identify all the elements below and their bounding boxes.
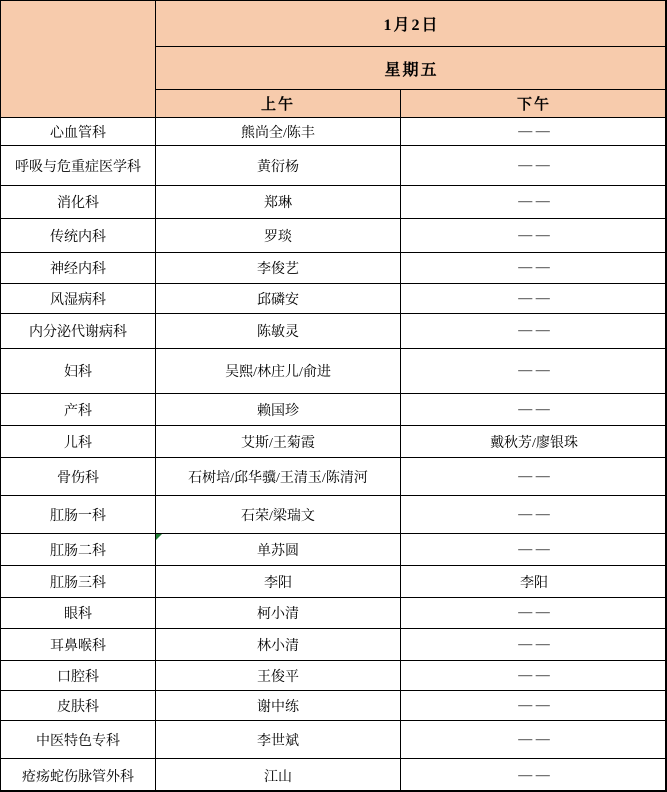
department-cell: 眼科 (1, 598, 156, 629)
morning-cell: 罗琰 (156, 219, 401, 253)
department-cell: 传统内科 (1, 219, 156, 253)
afternoon-cell: — — (401, 118, 667, 146)
header-row-date: 1月2日 (1, 1, 667, 47)
schedule-row: 肛肠三科 李阳 李阳 (1, 566, 667, 598)
morning-cell: 王俊平 (156, 661, 401, 691)
excel-error-triangle-icon (156, 534, 162, 540)
afternoon-cell: — — (401, 219, 667, 253)
schedule-row: 骨伤科 石树培/邱华骥/王清玉/陈清河 — — (1, 458, 667, 496)
afternoon-cell: — — (401, 661, 667, 691)
afternoon-cell: — — (401, 186, 667, 219)
department-cell: 妇科 (1, 349, 156, 394)
schedule-row: 产科 赖国珍 — — (1, 394, 667, 426)
morning-cell: 艾斯/王菊霞 (156, 426, 401, 458)
morning-cell: 黄衍杨 (156, 146, 401, 186)
afternoon-cell: — — (401, 598, 667, 629)
header-corner-cell (1, 1, 156, 118)
department-cell: 消化科 (1, 186, 156, 219)
department-cell: 肛肠一科 (1, 496, 156, 534)
department-cell: 心血管科 (1, 118, 156, 146)
afternoon-cell: — — (401, 534, 667, 566)
department-cell: 呼吸与危重症医学科 (1, 146, 156, 186)
schedule-row: 耳鼻喉科 林小清 — — (1, 629, 667, 661)
afternoon-cell: — — (401, 314, 667, 349)
morning-cell: 赖国珍 (156, 394, 401, 426)
schedule-row: 妇科 吴熙/林庄儿/俞进 — — (1, 349, 667, 394)
afternoon-column-header: 下午 (401, 90, 667, 118)
morning-cell: 熊尚全/陈丰 (156, 118, 401, 146)
schedule-row: 风湿病科 邱磷安 — — (1, 284, 667, 314)
morning-cell: 李俊艺 (156, 253, 401, 284)
department-cell: 产科 (1, 394, 156, 426)
schedule-row: 疮疡蛇伤脉管外科 江山 — — (1, 759, 667, 792)
morning-cell-text: 单苏圆 (257, 544, 299, 559)
department-cell: 风湿病科 (1, 284, 156, 314)
schedule-table-container: 1月2日 星期五 上午 下午 心血管科 熊尚全/陈丰 — — 呼吸与危重症医学科… (0, 0, 667, 792)
morning-cell: 石荣/梁瑞文 (156, 496, 401, 534)
morning-cell: 李世斌 (156, 721, 401, 759)
morning-cell: 谢中练 (156, 691, 401, 721)
afternoon-cell: — — (401, 349, 667, 394)
afternoon-cell: — — (401, 629, 667, 661)
schedule-row: 肛肠二科 单苏圆 — — (1, 534, 667, 566)
afternoon-cell: — — (401, 284, 667, 314)
afternoon-cell: 李阳 (401, 566, 667, 598)
morning-cell: 单苏圆 (156, 534, 401, 566)
schedule-row: 口腔科 王俊平 — — (1, 661, 667, 691)
afternoon-cell: — — (401, 146, 667, 186)
schedule-row: 中医特色专科 李世斌 — — (1, 721, 667, 759)
schedule-row: 肛肠一科 石荣/梁瑞文 — — (1, 496, 667, 534)
department-cell: 骨伤科 (1, 458, 156, 496)
schedule-row: 呼吸与危重症医学科 黄衍杨 — — (1, 146, 667, 186)
department-cell: 耳鼻喉科 (1, 629, 156, 661)
afternoon-cell: — — (401, 458, 667, 496)
department-cell: 口腔科 (1, 661, 156, 691)
department-cell: 肛肠三科 (1, 566, 156, 598)
morning-cell: 陈敏灵 (156, 314, 401, 349)
weekday-header-cell: 星期五 (156, 47, 667, 90)
schedule-row: 皮肤科 谢中练 — — (1, 691, 667, 721)
schedule-row: 神经内科 李俊艺 — — (1, 253, 667, 284)
date-header-cell: 1月2日 (156, 1, 667, 47)
doctor-schedule-table: 1月2日 星期五 上午 下午 心血管科 熊尚全/陈丰 — — 呼吸与危重症医学科… (0, 0, 667, 792)
morning-cell: 柯小清 (156, 598, 401, 629)
schedule-row: 眼科 柯小清 — — (1, 598, 667, 629)
department-cell: 儿科 (1, 426, 156, 458)
department-cell: 疮疡蛇伤脉管外科 (1, 759, 156, 792)
morning-cell: 邱磷安 (156, 284, 401, 314)
afternoon-cell: — — (401, 691, 667, 721)
afternoon-cell: — — (401, 759, 667, 792)
schedule-row: 儿科 艾斯/王菊霞 戴秋芳/廖银珠 (1, 426, 667, 458)
afternoon-cell: — — (401, 496, 667, 534)
afternoon-cell: — — (401, 253, 667, 284)
morning-cell: 李阳 (156, 566, 401, 598)
schedule-row: 心血管科 熊尚全/陈丰 — — (1, 118, 667, 146)
schedule-row: 消化科 郑琳 — — (1, 186, 667, 219)
schedule-row: 内分泌代谢病科 陈敏灵 — — (1, 314, 667, 349)
morning-column-header: 上午 (156, 90, 401, 118)
department-cell: 内分泌代谢病科 (1, 314, 156, 349)
afternoon-cell: — — (401, 721, 667, 759)
department-cell: 肛肠二科 (1, 534, 156, 566)
department-cell: 皮肤科 (1, 691, 156, 721)
afternoon-cell: — — (401, 394, 667, 426)
morning-cell: 吴熙/林庄儿/俞进 (156, 349, 401, 394)
morning-cell: 郑琳 (156, 186, 401, 219)
schedule-row: 传统内科 罗琰 — — (1, 219, 667, 253)
morning-cell: 石树培/邱华骥/王清玉/陈清河 (156, 458, 401, 496)
morning-cell: 江山 (156, 759, 401, 792)
department-cell: 中医特色专科 (1, 721, 156, 759)
afternoon-cell: 戴秋芳/廖银珠 (401, 426, 667, 458)
morning-cell: 林小清 (156, 629, 401, 661)
department-cell: 神经内科 (1, 253, 156, 284)
